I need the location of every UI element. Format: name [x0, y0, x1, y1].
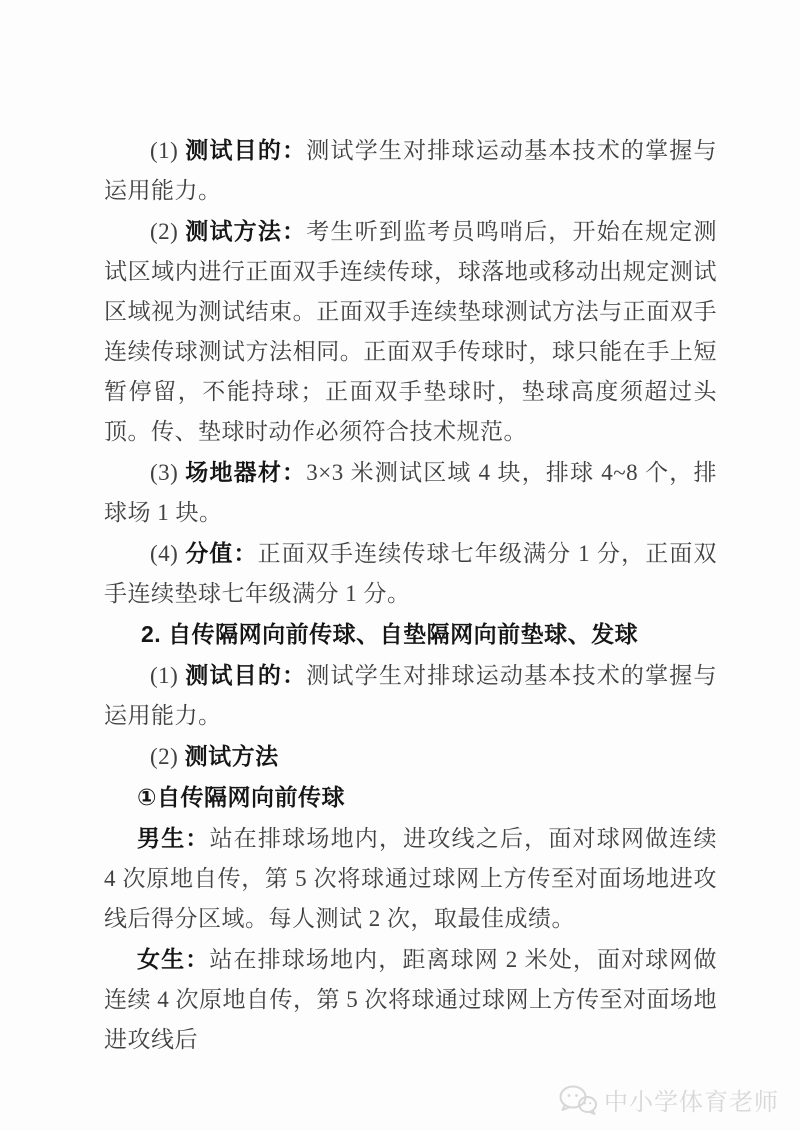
- text-segment: 2. 自传隔网向前传球、自垫隔网向前垫球、发球: [141, 621, 638, 647]
- text-segment: 女生：: [137, 946, 209, 972]
- text-segment: 测试目的：: [185, 662, 306, 688]
- para-7-item-1: ①自传隔网向前传球: [104, 777, 717, 818]
- text-segment: 男生：: [137, 825, 210, 851]
- watermark-text: 中小学体育老师: [604, 1082, 779, 1117]
- text-segment: 考生听到监考员鸣哨后，开始在规定测试区域内进行正面双手连续传球，球落地或移动出规…: [104, 219, 717, 444]
- text-segment: 测试方法: [185, 743, 279, 769]
- text-segment: 场地器材：: [185, 459, 306, 485]
- text-segment: (4): [150, 541, 185, 566]
- para-9-female: 女生：站在排球场地内，距离球网 2 米处，面对球网做连续 4 次原地自传，第 5…: [104, 939, 717, 1060]
- text-segment: (2): [150, 744, 185, 769]
- para-8-male: 男生：站在排球场地内，进攻线之后，面对球网做连续 4 次原地自传，第 5 次将球…: [104, 818, 717, 939]
- para-6-test-method: (2) 测试方法: [104, 736, 717, 777]
- para-5-test-purpose: (1) 测试目的：测试学生对排球运动基本技术的掌握与运用能力。: [104, 655, 717, 736]
- para-3-venue-equipment: (3) 场地器材：3×3 米测试区域 4 块，排球 4~8 个，排球场 1 块。: [104, 452, 717, 533]
- heading-section-2: 2. 自传隔网向前传球、自垫隔网向前垫球、发球: [104, 614, 717, 655]
- text-segment: (1): [150, 663, 185, 688]
- text-segment: ①自传隔网向前传球: [137, 784, 345, 810]
- watermark: 中小学体育老师: [558, 1082, 779, 1117]
- para-2-test-method: (2) 测试方法：考生听到监考员鸣哨后，开始在规定测试区域内进行正面双手连续传球…: [104, 211, 717, 452]
- para-1-test-purpose: (1) 测试目的：测试学生对排球运动基本技术的掌握与运用能力。: [104, 130, 717, 211]
- text-segment: 测试方法：: [185, 218, 306, 244]
- document-body: (1) 测试目的：测试学生对排球运动基本技术的掌握与运用能力。(2) 测试方法：…: [104, 130, 717, 1060]
- text-segment: 测试目的：: [185, 137, 306, 163]
- text-segment: (3): [150, 460, 185, 485]
- wechat-icon: [558, 1084, 598, 1116]
- text-segment: 分值：: [185, 540, 257, 566]
- document-page: (1) 测试目的：测试学生对排球运动基本技术的掌握与运用能力。(2) 测试方法：…: [0, 0, 800, 1131]
- text-segment: (1): [150, 138, 185, 163]
- para-4-score-value: (4) 分值：正面双手连续传球七年级满分 1 分，正面双手连续垫球七年级满分 1…: [104, 533, 717, 614]
- text-segment: (2): [150, 219, 185, 244]
